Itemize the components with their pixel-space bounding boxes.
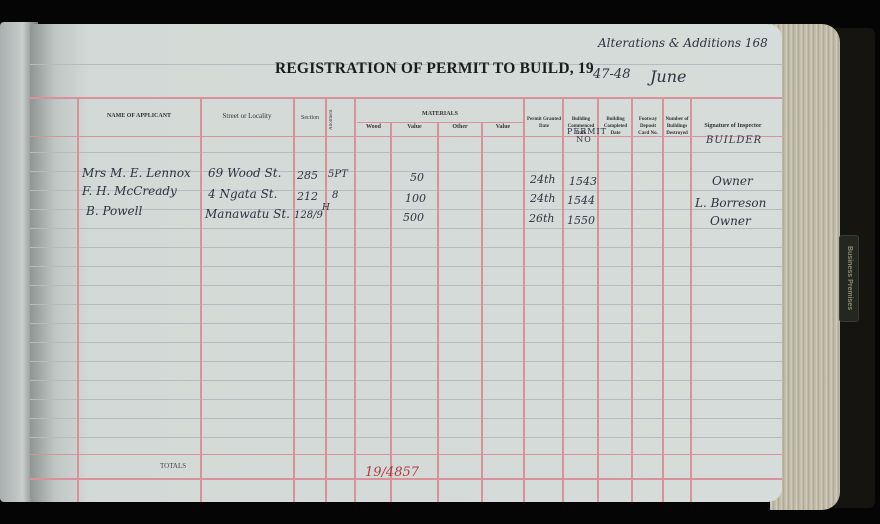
section: 128/9 — [294, 210, 323, 221]
header-building-completed: Building Completed Date — [600, 116, 631, 137]
allotment: H — [322, 203, 330, 213]
header-other-value: Value — [483, 124, 523, 131]
header-signature: Signature of Inspector — [693, 123, 773, 130]
title-year: 47-48 — [593, 67, 630, 82]
header-builder-note: BUILDER — [706, 135, 762, 146]
value: 50 — [410, 171, 424, 184]
header-other: Other — [439, 124, 481, 131]
applicant-name: B. Powell — [86, 204, 142, 218]
builder: Owner — [710, 214, 751, 228]
header-wood-value: Value — [392, 124, 437, 131]
totals-label: TOTALS — [160, 462, 186, 470]
header-section: Section — [296, 115, 324, 122]
totals-value: 19/4857 — [365, 465, 419, 480]
header-footway: Footway Deposit Card No. — [634, 116, 662, 137]
header-name: NAME OF APPLICANT — [80, 113, 198, 120]
header-destroyed: Number of Buildings Destroyed — [664, 116, 690, 137]
value: 100 — [405, 192, 426, 205]
spine-label: Business Premises — [839, 235, 859, 322]
allotment: 8 — [332, 190, 338, 201]
header-wood: Wood — [357, 124, 390, 131]
allotment: 5PT — [328, 169, 348, 180]
granted-date: 24th — [530, 173, 556, 186]
permit-no: 1550 — [567, 214, 595, 227]
applicant-name: F. H. McCready — [82, 184, 177, 198]
value: 500 — [403, 211, 424, 224]
street: 4 Ngata St. — [208, 187, 277, 201]
street: Manawatu St. — [205, 207, 290, 221]
permit-no: 1544 — [567, 194, 595, 207]
page-note: Alterations & Additions 168 — [598, 36, 768, 50]
header-street: Street or Locality — [203, 113, 291, 120]
ledger-page: REGISTRATION OF PERMIT TO BUILD, 19 47-4… — [30, 24, 782, 502]
section: 285 — [297, 169, 318, 182]
applicant-name: Mrs M. E. Lennox — [82, 166, 191, 180]
header-permit-no-note: PERMIT NO — [567, 128, 601, 144]
title-month: June — [650, 67, 687, 86]
header-permit-granted: Permit Granted Date — [526, 116, 562, 130]
permit-no: 1543 — [569, 175, 597, 188]
page-title: REGISTRATION OF PERMIT TO BUILD, 19 — [275, 60, 594, 78]
granted-date: 24th — [530, 192, 556, 205]
section: 212 — [297, 190, 318, 203]
builder: L. Borreson — [695, 196, 766, 210]
header-allotment: Allotment — [328, 106, 352, 134]
builder: Owner — [712, 174, 753, 188]
header-materials: MATERIALS — [357, 111, 523, 118]
granted-date: 26th — [529, 212, 555, 225]
street: 69 Wood St. — [208, 166, 281, 180]
